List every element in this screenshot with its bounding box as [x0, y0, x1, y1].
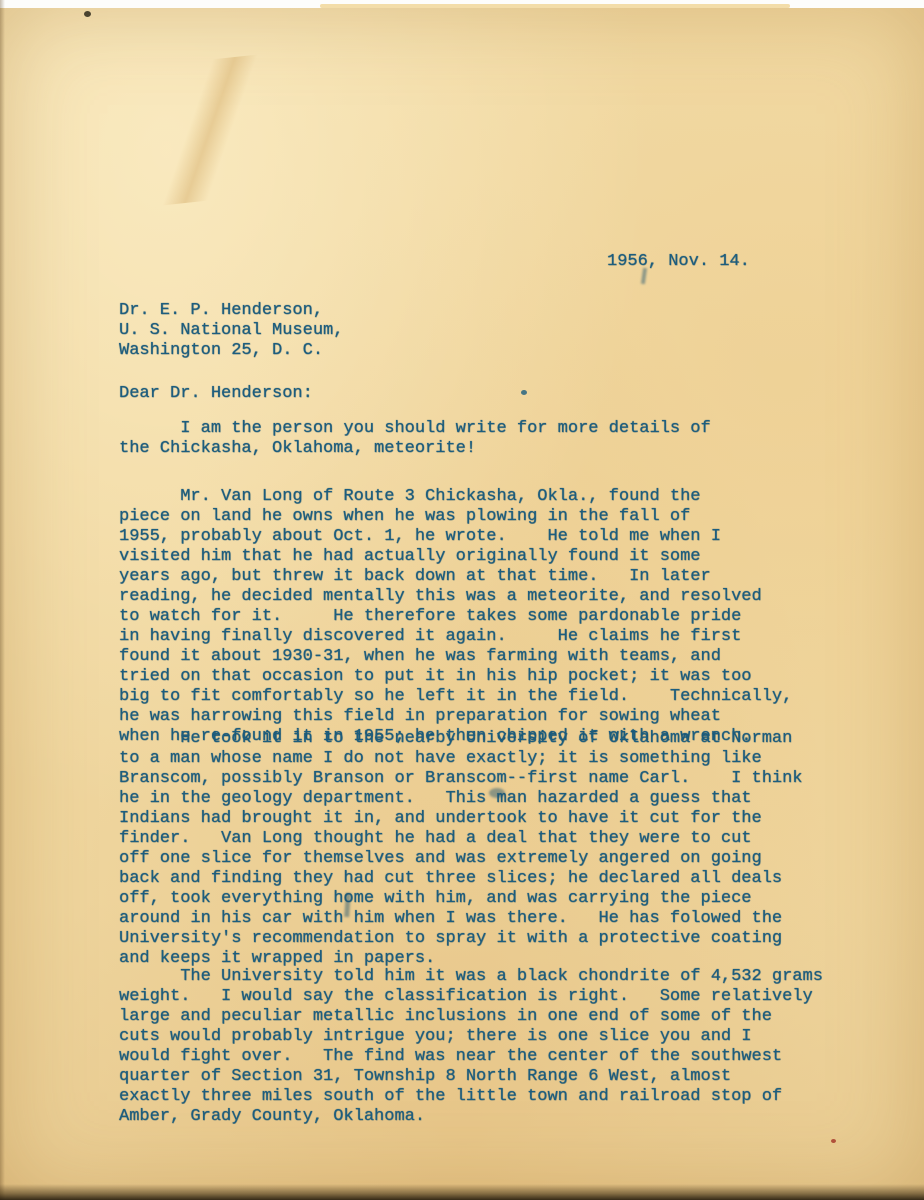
- letter-scan: 1956, Nov. 14. Dr. E. P. Henderson, U. S…: [0, 0, 924, 1200]
- paragraph-university: He took it in to the nearby University o…: [119, 729, 803, 969]
- paper-speck: [84, 11, 91, 17]
- paragraph-classification: The University told him it was a black c…: [119, 967, 823, 1127]
- paragraph-discovery: Mr. Van Long of Route 3 Chickasha, Okla.…: [119, 487, 792, 747]
- scan-bottom-shadow: [0, 1184, 924, 1200]
- scan-top-edge: [0, 0, 924, 8]
- recipient-address: Dr. E. P. Henderson, U. S. National Muse…: [119, 301, 343, 361]
- letter-date: 1956, Nov. 14.: [607, 252, 750, 272]
- ink-speck: [521, 390, 527, 395]
- salutation: Dear Dr. Henderson:: [119, 384, 313, 404]
- paragraph-intro: I am the person you should write for mor…: [119, 419, 711, 459]
- paper-speck-red: [831, 1139, 836, 1143]
- ink-smudge-guess: [489, 788, 505, 798]
- scan-left-shadow: [0, 0, 5, 1200]
